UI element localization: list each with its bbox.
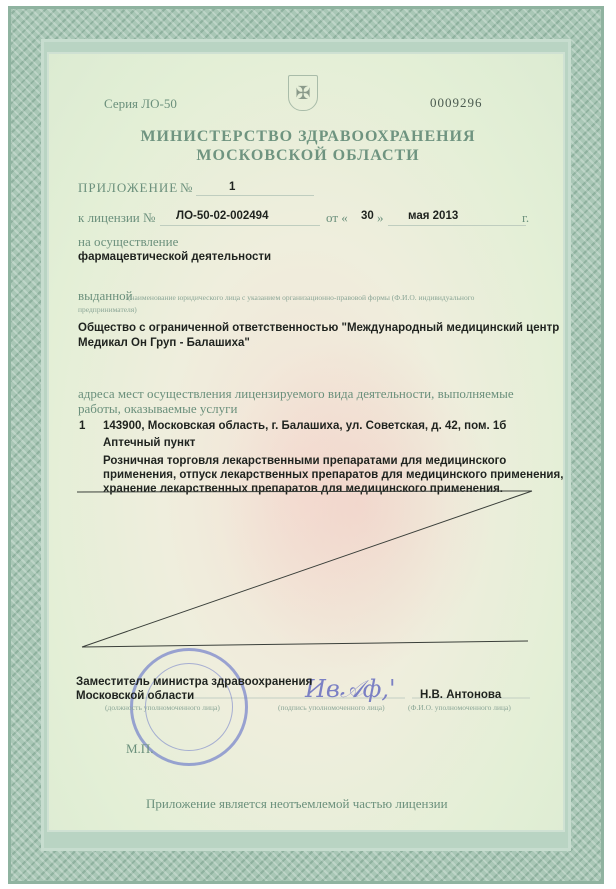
signatory-position-line2: Московской области [76, 690, 194, 702]
handwritten-signature: Ив𝒜ф,' [305, 675, 396, 703]
footer-note: Приложение является неотъемлемой частью … [146, 796, 448, 812]
name-hint: (Ф.И.О. уполномоченного лица) [408, 703, 511, 712]
position-hint: (должность уполномоченного лица) [105, 703, 220, 712]
blank-space-z-line [0, 0, 616, 889]
signatory-name: Н.В. Антонова [420, 689, 501, 701]
signatory-position-line1: Заместитель министра здравоохранения [76, 676, 312, 688]
seal-label: М.П. [126, 741, 153, 757]
signature-hint: (подпись уполномоченного лица) [278, 703, 385, 712]
